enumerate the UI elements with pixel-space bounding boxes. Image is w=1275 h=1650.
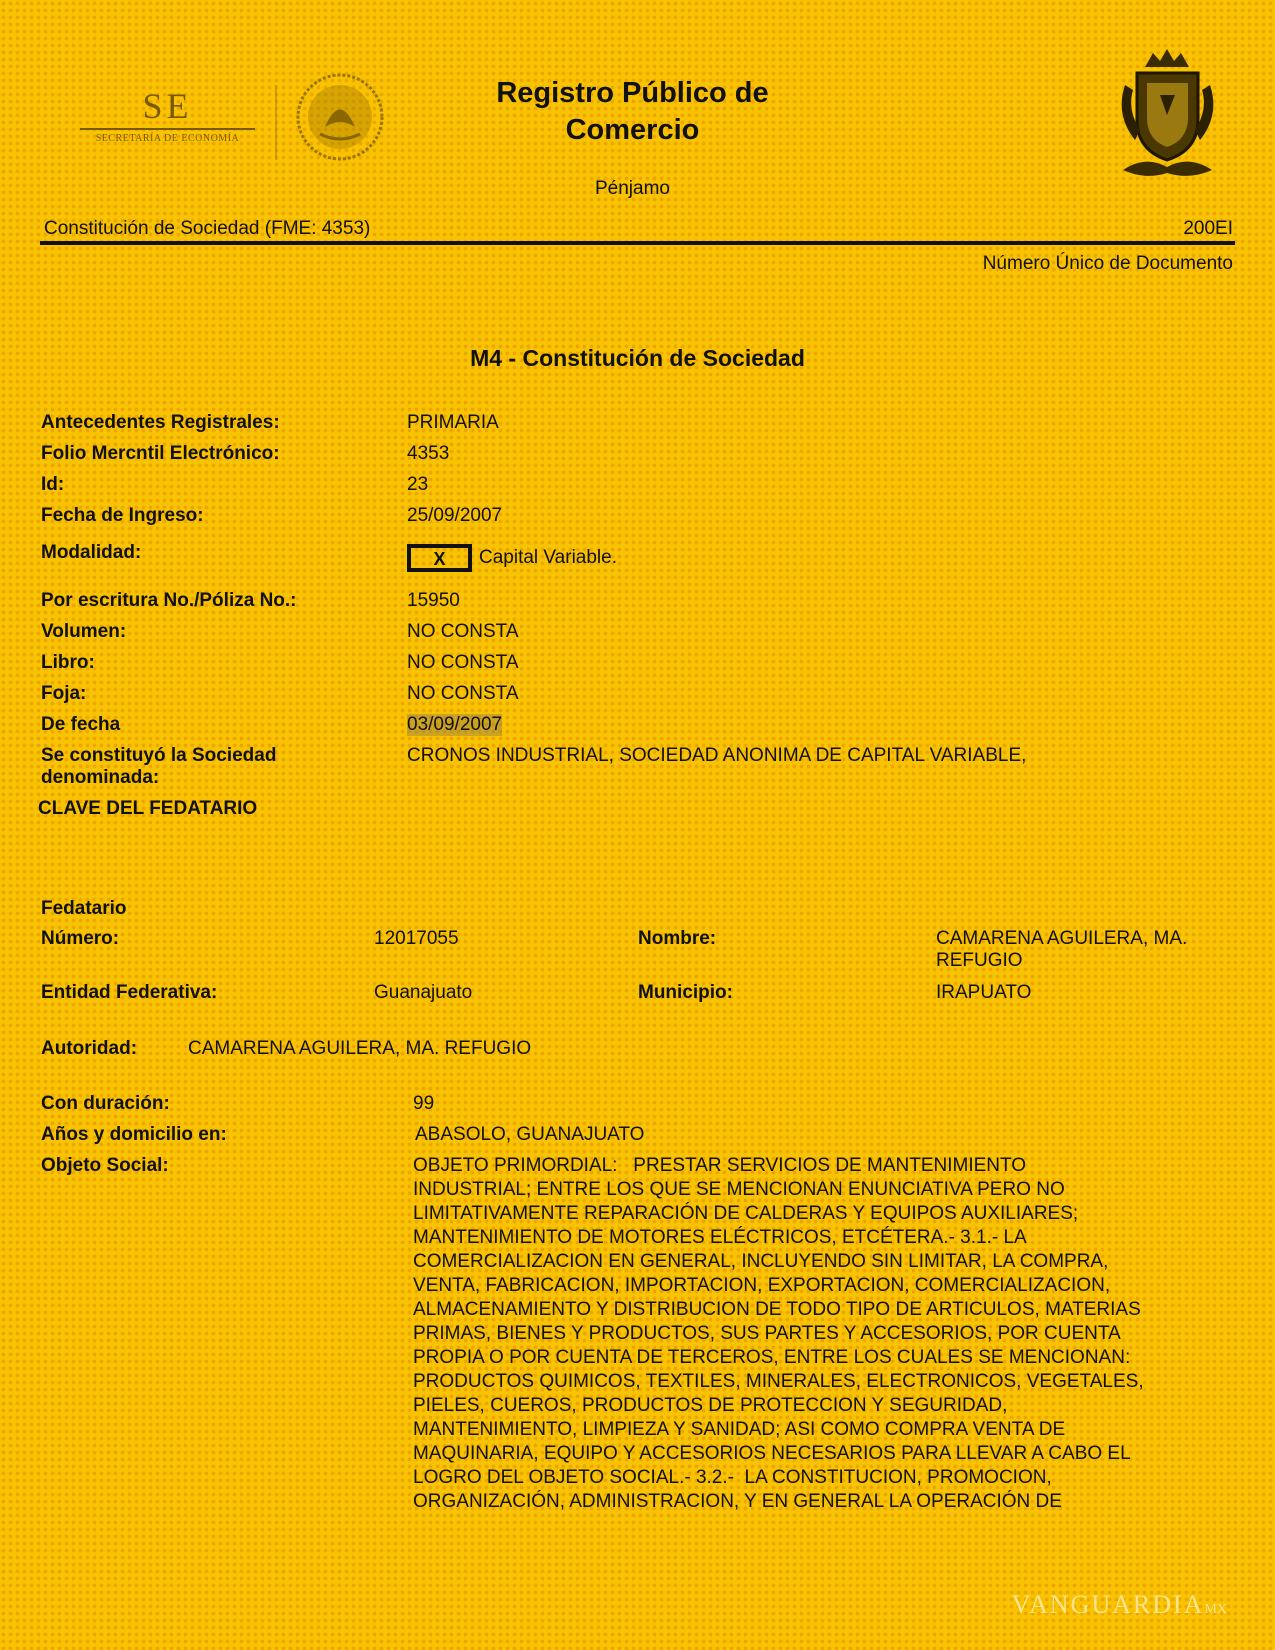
field-value: PRIMARIA [407,412,499,434]
field-label: Modalidad: [41,542,381,564]
objeto-social-line: OBJETO PRIMORDIAL: PRESTAR SERVICIOS DE … [413,1154,1228,1178]
field-label: Se constituyó la Sociedad denominada: [41,745,381,789]
nombre-value: CAMARENA AGUILERA, MA. REFUGIO [936,928,1187,972]
secretaria-economia-logo: SE SECRETARÍA DE ECONOMÍA [80,88,255,144]
numero-unico-label: Número Único de Documento [983,253,1233,275]
entidad-value: Guanajuato [374,982,472,1004]
municipio-label: Municipio: [638,982,733,1004]
field-label: Foja: [41,683,381,705]
municipio-value: IRAPUATO [936,982,1031,1004]
objeto-social-line: PIELES, CUEROS, PRODUCTOS DE PROTECCION … [413,1394,1228,1418]
field-label: Objeto Social: [41,1155,381,1177]
field-label: Folio Mercntil Electrónico: [41,443,381,465]
watermark-suffix: MX [1204,1602,1227,1617]
se-logo-name: SECRETARÍA DE ECONOMÍA [80,133,255,144]
entidad-label: Entidad Federativa: [41,982,217,1004]
field-value: 15950 [407,590,460,612]
autoridad-value: CAMARENA AGUILERA, MA. REFUGIO [188,1038,531,1060]
se-logo-abbrev: SE [80,88,255,124]
vanguardia-watermark: VANGUARDIAMX [1012,1590,1227,1620]
field-label: Antecedentes Registrales: [41,412,381,434]
numero-value: 12017055 [374,928,459,950]
field-label: Volumen: [41,621,381,643]
field-value: NO CONSTA [407,652,519,674]
objeto-social-line: COMERCIALIZACION EN GENERAL, INCLUYENDO … [413,1250,1228,1274]
document-code: 200EI [1183,218,1233,240]
objeto-social-line: INDUSTRIAL; ENTRE LOS QUE SE MENCIONAN E… [413,1178,1228,1202]
autoridad-label: Autoridad: [41,1038,137,1060]
field-label: De fecha [41,714,381,736]
modalidad-value: Capital Variable. [479,547,617,568]
document-title: Registro Público de Comercio [400,75,865,149]
label-line-2: denominada: [41,767,381,789]
objeto-social-line: ORGANIZACIÓN, ADMINISTRACION, Y EN GENER… [413,1490,1228,1514]
nombre-line-1: CAMARENA AGUILERA, MA. [936,928,1187,950]
section-title: M4 - Constitución de Sociedad [0,345,1275,372]
numero-label: Número: [41,928,119,950]
field-value: NO CONSTA [407,683,519,705]
modalidad-checkbox: X [407,544,472,572]
header-rule [40,241,1235,245]
field-label: Libro: [41,652,381,674]
clave-fedatario-label: CLAVE DEL FEDATARIO [38,798,257,820]
objeto-social-line: PRODUCTOS QUIMICOS, TEXTILES, MINERALES,… [413,1370,1228,1394]
field-value: CRONOS INDUSTRIAL, SOCIEDAD ANONIMA DE C… [407,745,1026,767]
objeto-social-line: MANTENIMIENTO DE MOTORES ELÉCTRICOS, ETC… [413,1226,1228,1250]
field-label: Fecha de Ingreso: [41,505,381,527]
label-line-1: Se constituyó la Sociedad [41,745,381,767]
field-value: 25/09/2007 [407,505,502,527]
objeto-social-line: LOGRO DEL OBJETO SOCIAL.- 3.2.- LA CONST… [413,1466,1228,1490]
watermark-text: VANGUARDIA [1012,1590,1205,1619]
objeto-social-line: ALMACENAMIENTO Y DISTRIBUCION DE TODO TI… [413,1298,1228,1322]
title-line-2: Comercio [400,112,865,149]
nombre-label: Nombre: [638,928,716,950]
field-value: NO CONSTA [407,621,519,643]
city-name: Pénjamo [400,178,865,200]
field-label: Con duración: [41,1093,381,1115]
municipal-crest-icon [1115,45,1220,185]
field-label: Años y domicilio en: [41,1124,381,1146]
field-value: ABASOLO, GUANAJUATO [415,1124,644,1146]
objeto-social-line: LIMITATIVAMENTE REPARACIÓN DE CALDERAS Y… [413,1202,1228,1226]
field-value: 99 [413,1093,434,1115]
nombre-line-2: REFUGIO [936,950,1187,972]
fedatario-heading: Fedatario [41,898,127,920]
field-label: Id: [41,474,381,496]
title-line-1: Registro Público de [400,75,865,112]
objeto-social-line: MAQUINARIA, EQUIPO Y ACCESORIOS NECESARI… [413,1442,1228,1466]
document-type: Constitución de Sociedad (FME: 4353) [44,218,370,240]
objeto-social-line: PRIMAS, BIENES Y PRODUCTOS, SUS PARTES Y… [413,1322,1228,1346]
objeto-social-line: MANTENIMIENTO, LIMPIEZA Y SANIDAD; ASI C… [413,1418,1228,1442]
field-value: XCapital Variable. [407,544,617,572]
field-value: 03/09/2007 [407,714,502,736]
mexican-seal-icon [295,72,385,162]
objeto-social-text: OBJETO PRIMORDIAL: PRESTAR SERVICIOS DE … [413,1154,1228,1514]
field-label: Por escritura No./Póliza No.: [41,590,381,612]
logo-divider [275,85,277,160]
objeto-social-line: PROPIA O POR CUENTA DE TERCEROS, ENTRE L… [413,1346,1228,1370]
field-value: 4353 [407,443,449,465]
objeto-social-line: VENTA, FABRICACION, IMPORTACION, EXPORTA… [413,1274,1228,1298]
logo-rule [80,128,255,130]
field-value: 23 [407,474,428,496]
